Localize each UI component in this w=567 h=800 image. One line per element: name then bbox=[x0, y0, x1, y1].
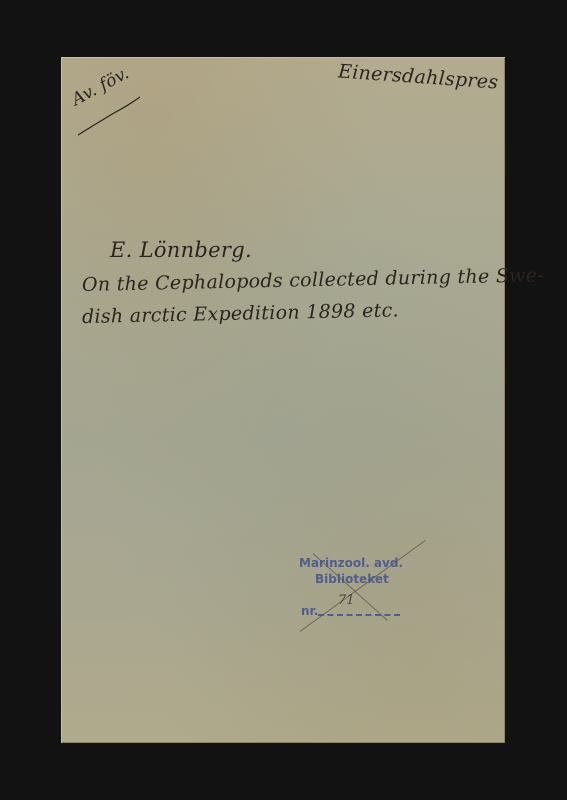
document-paper bbox=[61, 57, 505, 743]
stamp-number-handwritten: 71 bbox=[338, 594, 355, 608]
annotation-flourish-underline bbox=[74, 95, 144, 140]
stamp-number-line bbox=[318, 614, 400, 616]
stamp-library: Biblioteket bbox=[315, 572, 389, 586]
stamp-department: Marinzool. avd. bbox=[299, 556, 403, 570]
author-name: E. Lönnberg. bbox=[110, 238, 252, 262]
stamp-nr-label: nr. bbox=[301, 604, 318, 618]
